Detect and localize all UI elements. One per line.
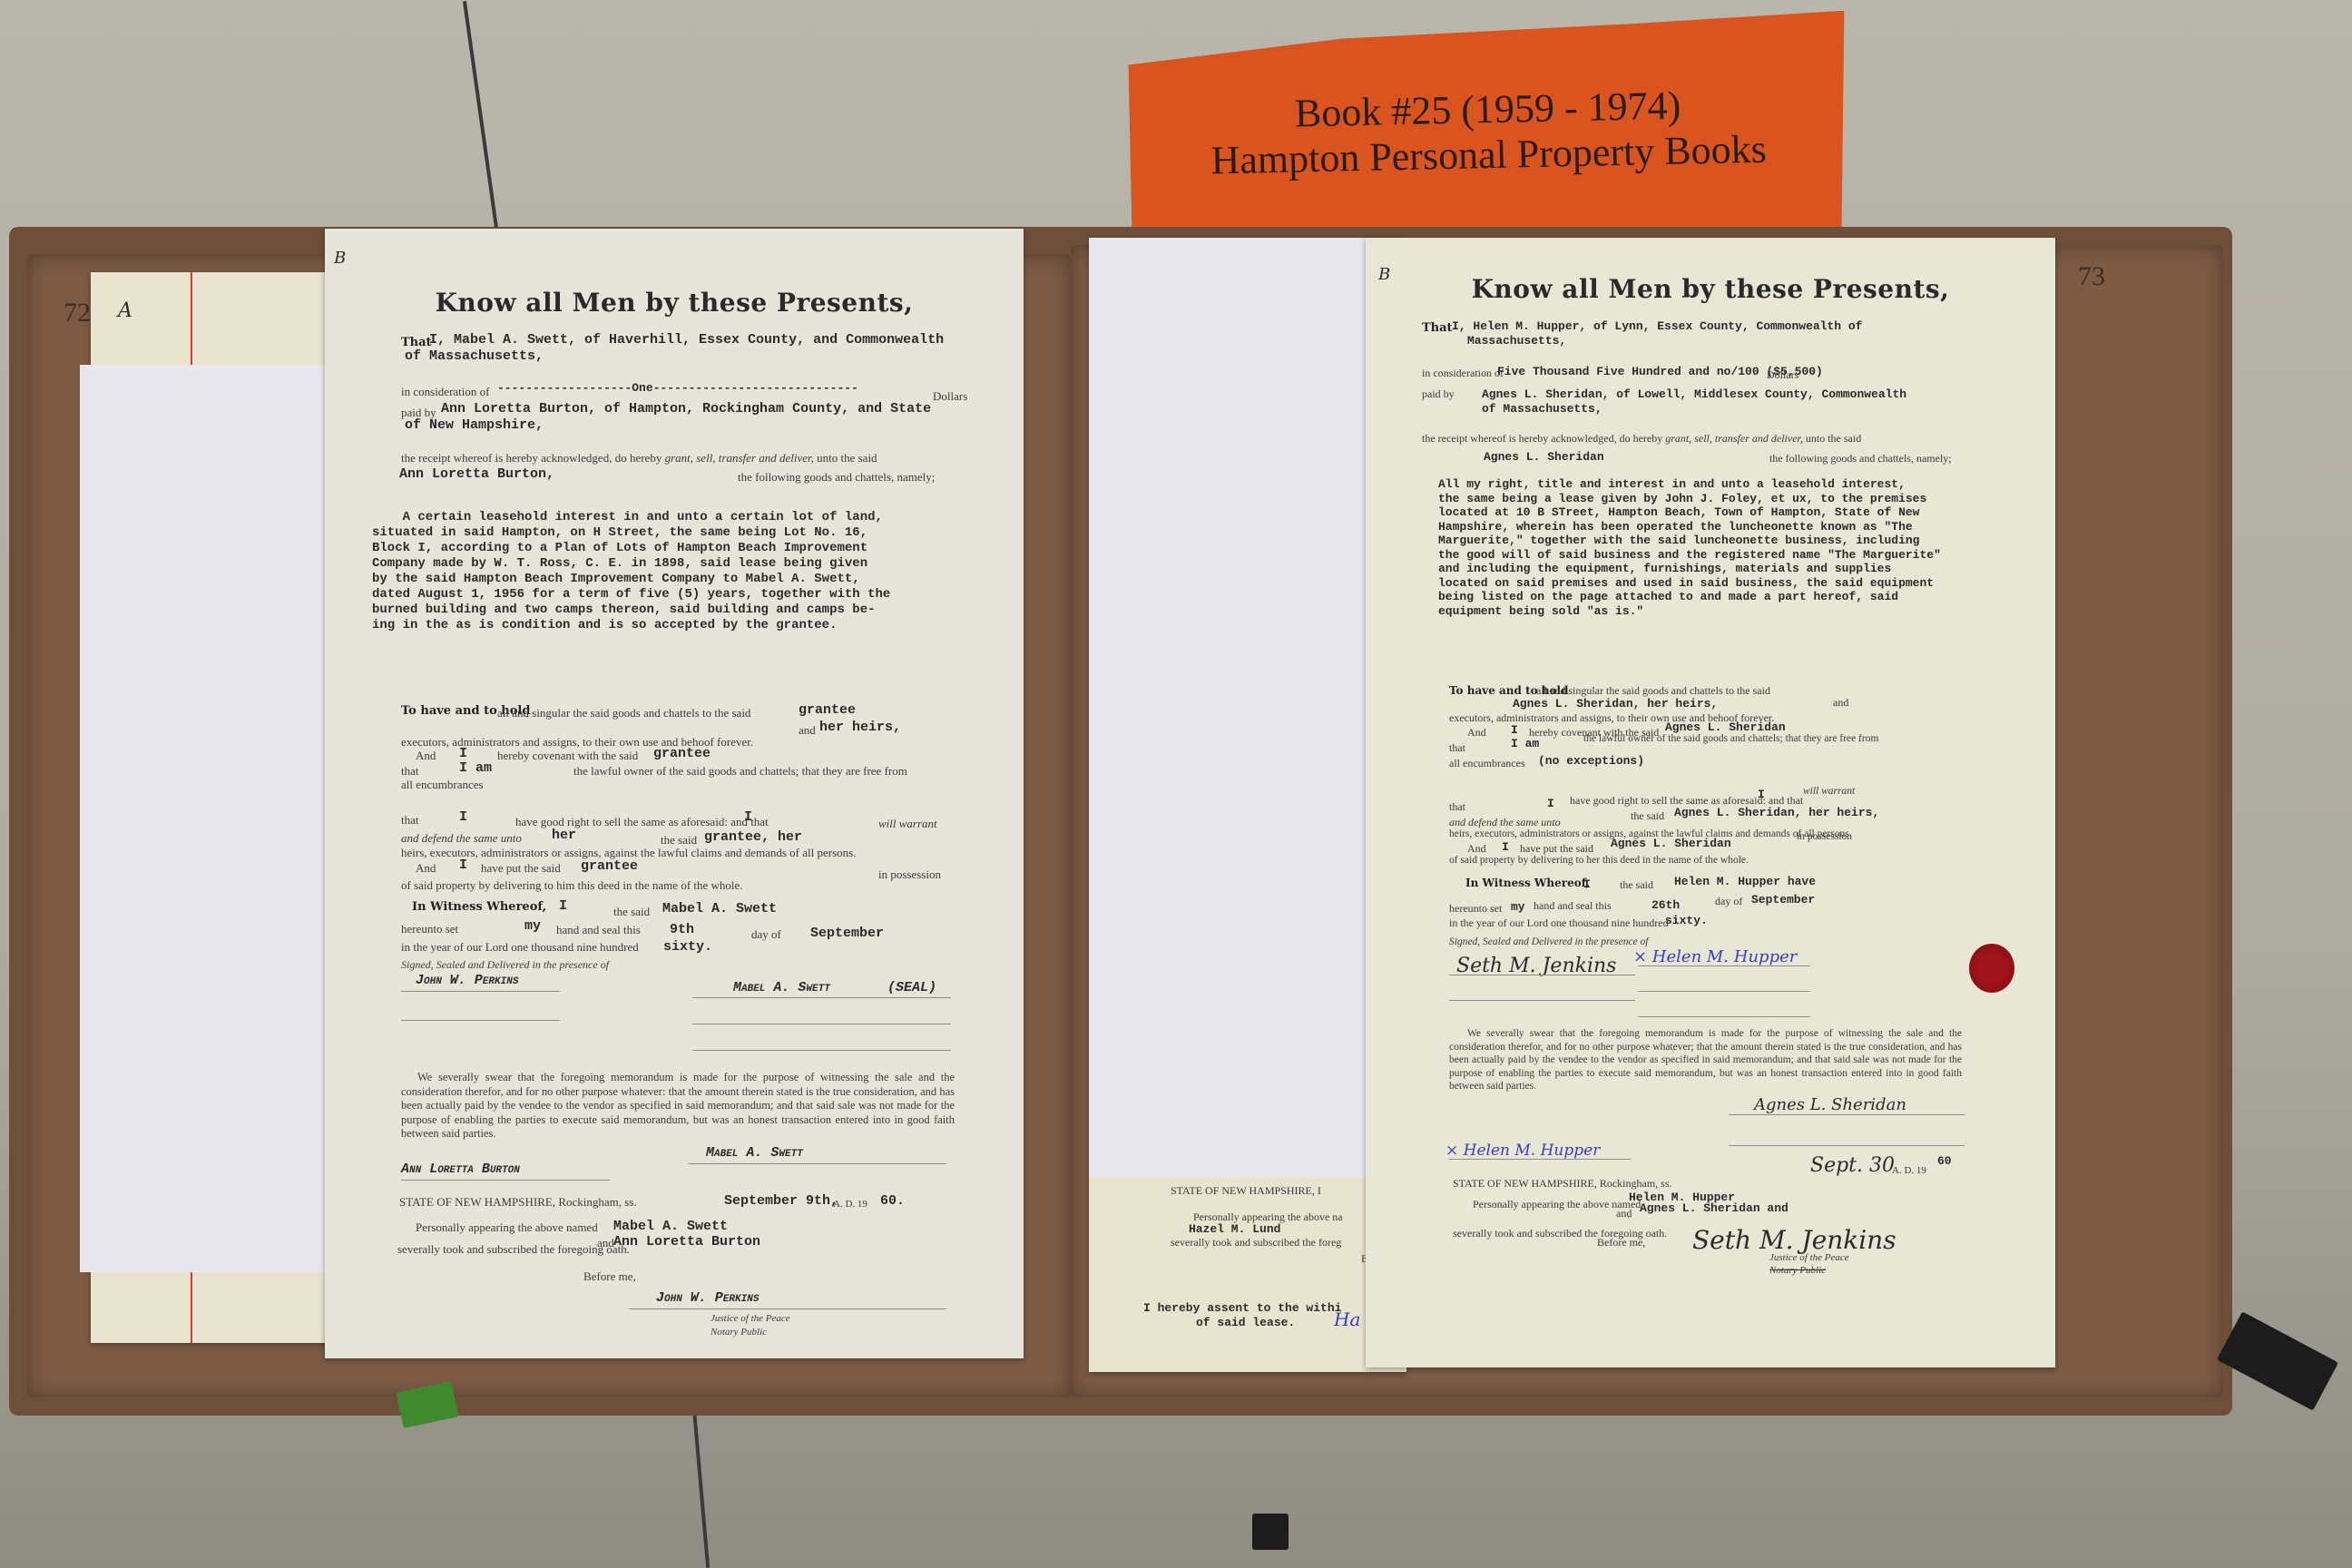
put-i: I: [1502, 840, 1509, 854]
page-number-right: 73: [2078, 261, 2105, 292]
defend-party: her: [552, 828, 576, 843]
underlay-signature: Ha: [1334, 1308, 1360, 1330]
covenant-party: grantee: [653, 746, 710, 761]
jurat-date: September 9th,: [724, 1193, 838, 1209]
receipt-text: the receipt whereof is hereby acknowledg…: [401, 451, 877, 465]
goods-label: the following goods and chattels, namely…: [738, 470, 935, 485]
jurat-date: Sept. 30: [1810, 1154, 1895, 1177]
notary-signature: Seth M. Jenkins: [1692, 1225, 1896, 1255]
signature-line: [688, 1163, 946, 1164]
paid-by-party: Ann Loretta Burton, of Hampton, Rockingh…: [441, 401, 931, 416]
year-text: in the year of our Lord one thousand nin…: [1449, 916, 1669, 930]
my-word: my: [524, 918, 541, 934]
oath-signature-grantor: Mabel A. Swett: [706, 1145, 803, 1161]
hereunto-label: hereunto set: [401, 922, 458, 936]
owner-text: the lawful owner of the said goods and c…: [1583, 733, 1878, 744]
defend-party: Agnes L. Sheridan, her heirs,: [1674, 806, 1879, 819]
signature-line: [1449, 1000, 1635, 1001]
signature-line: [1449, 975, 1635, 975]
grantee-name: Ann Loretta Burton,: [399, 466, 554, 482]
oath-signature-grantee: Agnes L. Sheridan: [1754, 1095, 1906, 1114]
my-word: my: [1511, 900, 1525, 914]
signature-line: [629, 1308, 946, 1309]
i-am: I am: [1511, 737, 1539, 750]
covenant-i: I: [1511, 723, 1518, 737]
oath-text: We severally swear that the foregoing me…: [401, 1071, 955, 1142]
witness-label: In Witness Whereof,: [412, 900, 546, 914]
wax-seal-icon: [1969, 944, 2014, 993]
goods-label: the following goods and chattels, namely…: [1769, 452, 1952, 465]
month-value: September: [1751, 893, 1815, 906]
i-am: I am: [459, 760, 492, 776]
heirs: Agnes L. Sheridan, her heirs,: [1513, 697, 1718, 710]
right-i-2: I: [744, 809, 752, 825]
grantor: I, Helen M. Hupper, of Lynn, Essex Count…: [1452, 319, 1862, 333]
receipt-text-italic: grant, sell, transfer and deliver,: [665, 451, 814, 465]
hereunto-label: hereunto set: [1449, 902, 1502, 916]
witness-name: Mabel A. Swett: [662, 901, 777, 916]
put-text: have put the said: [481, 861, 561, 876]
exceptions: (no exceptions): [1538, 754, 1644, 768]
state-label: STATE OF NEW HAMPSHIRE, Rockingham, ss.: [1453, 1177, 1672, 1191]
binder-clip-black-icon: [2217, 1311, 2338, 1410]
document-title: Know all Men by these Presents,: [325, 288, 1024, 318]
receipt-text-1: the receipt whereof is hereby acknowledg…: [1422, 432, 1662, 445]
witness-name: Helen M. Hupper have: [1674, 875, 1816, 888]
grantee-name: Agnes L. Sheridan: [1484, 450, 1604, 464]
put-i: I: [459, 857, 467, 873]
right-i: I: [459, 809, 467, 825]
underlay-assent-2: of said lease.: [1196, 1316, 1295, 1329]
jp-label: Justice of the Peace: [710, 1313, 790, 1324]
witness-said: the said: [613, 905, 650, 919]
put-party: Agnes L. Sheridan: [1611, 837, 1731, 850]
goods-description: All my right, title and interest in and …: [1438, 477, 1941, 618]
and-label: and: [799, 723, 816, 738]
right-that: that: [401, 813, 419, 828]
month-value: September: [810, 926, 884, 941]
receipt-text-2: unto the said: [1806, 432, 1861, 445]
encumbrances-label: all encumbrances: [401, 778, 484, 792]
warrant-text: will warrant: [878, 817, 937, 831]
appearing-and: and: [1616, 1207, 1632, 1220]
table-seam: [463, 1, 499, 235]
witness-i: I: [1583, 877, 1591, 891]
heirs: her heirs,: [819, 720, 901, 735]
grantor: I, Mabel A. Swett, of Haverhill, Essex C…: [429, 332, 944, 348]
warrant-text: will warrant: [1803, 786, 1855, 797]
grantor-line2: of Massachusetts,: [405, 348, 544, 364]
before-me: Before me,: [583, 1269, 636, 1284]
put-and: And: [1467, 842, 1486, 856]
seal-label: (SEAL): [887, 980, 936, 995]
state-label: STATE OF NEW HAMPSHIRE, Rockingham, ss.: [399, 1195, 637, 1210]
signature-line: [401, 1020, 560, 1021]
paid-by-label: paid by: [1422, 387, 1455, 401]
ad-year: 60: [1937, 1154, 1952, 1168]
jp-label: Justice of the Peace: [1769, 1252, 1849, 1263]
day-of-label: day of: [1715, 895, 1742, 908]
put-and: And: [416, 861, 436, 876]
paid-by-party: Agnes L. Sheridan, of Lowell, Middlesex …: [1482, 387, 1906, 401]
defend-text: and defend the same unto: [401, 831, 522, 846]
signature-line: [692, 1050, 951, 1051]
witness-label: In Witness Whereof,: [1465, 877, 1590, 889]
book-label: Book #25 (1959 - 1974) Hampton Personal …: [1128, 11, 1849, 243]
blank-insert-left: [80, 365, 334, 1272]
underlay-name: Hazel M. Lund: [1189, 1222, 1280, 1236]
appearing-label: Personally appearing the above named: [416, 1220, 598, 1235]
signature-line: [692, 1024, 951, 1024]
signature-line: [401, 991, 560, 992]
day-of-label: day of: [751, 927, 781, 942]
possession-label: in possession: [1797, 831, 1852, 842]
day-value: 9th: [670, 922, 694, 937]
bill-of-sale-right: B Know all Men by these Presents, That I…: [1366, 238, 2055, 1367]
signature-line: [1729, 1114, 1965, 1115]
year-value: sixty.: [663, 939, 712, 955]
receipt-text-2: unto the said: [817, 451, 877, 465]
to-have-text: all and singular the said goods and chat…: [497, 706, 750, 720]
day-value: 26th: [1651, 898, 1680, 912]
signature-line: [401, 1180, 610, 1181]
receipt-text-1: the receipt whereof is hereby acknowledg…: [401, 451, 661, 465]
the-said: the said: [1631, 809, 1664, 823]
hand-seal-label: hand and seal this: [1534, 899, 1612, 913]
delivering-text: of said property by delivering to him th…: [401, 878, 743, 893]
dollars-label: Dollars: [933, 389, 967, 404]
covenant-and: And: [1467, 726, 1486, 740]
grantor-line2: Massachusetts,: [1467, 334, 1566, 348]
appearing-name-2: Agnes L. Sheridan and: [1640, 1201, 1788, 1215]
right-i-2: I: [1758, 788, 1765, 801]
oath-text: We severally swear that the foregoing me…: [1449, 1027, 1962, 1093]
signature-line: [692, 997, 951, 998]
covenant-text: hereby covenant with the said: [497, 749, 638, 763]
signature-line: [1729, 1145, 1965, 1146]
consideration-label: in consideration of: [1422, 367, 1504, 380]
signature-line: [1449, 1159, 1631, 1160]
defend-party-2: grantee, her: [704, 829, 802, 845]
grantor-signature: × Helen M. Hupper: [1633, 947, 1797, 966]
annotation-b-left: B: [334, 249, 346, 268]
encumbrances-label: all encumbrances: [1449, 757, 1525, 770]
grantor-signature: Mabel A. Swett: [733, 980, 830, 995]
year-value: sixty.: [1665, 914, 1708, 927]
possession-label: in possession: [878, 867, 941, 882]
oath-signature-grantor: × Helen M. Hupper: [1445, 1142, 1600, 1160]
covenant-i: I: [459, 746, 467, 761]
and-label: and: [1833, 696, 1848, 710]
year-text: in the year of our Lord one thousand nin…: [401, 940, 639, 955]
covenant-party: Agnes L. Sheridan: [1665, 720, 1786, 734]
underlay-assent-1: I hereby assent to the withi: [1143, 1301, 1341, 1315]
annotation-a: A: [118, 299, 132, 322]
paid-by-line2: of Massachusetts,: [1482, 402, 1602, 416]
underlay-state: STATE OF NEW HAMPSHIRE, I: [1171, 1184, 1321, 1198]
consideration-value: -------------------One------------------…: [497, 381, 858, 395]
to-have-party: grantee: [799, 702, 856, 718]
signature-line: [1638, 991, 1810, 992]
delivering-text: of said property by delivering to her th…: [1449, 855, 1749, 866]
ad-label: A. D. 19: [1892, 1165, 1926, 1176]
witness-signature: John W. Perkins: [416, 973, 518, 988]
ad-label: A. D. 19: [833, 1199, 867, 1210]
signed-label: Signed, Sealed and Delivered in the pres…: [401, 958, 609, 972]
that-label-2: that: [401, 764, 419, 779]
owner-text: the lawful owner of the said goods and c…: [573, 764, 907, 779]
document-title: Know all Men by these Presents,: [1366, 274, 2055, 304]
covenant-and: And: [416, 749, 436, 763]
np-label: Notary Public: [710, 1327, 767, 1338]
put-text: have put the said: [1520, 842, 1593, 856]
np-label: Notary Public: [1769, 1265, 1826, 1276]
that-label: That: [401, 336, 432, 349]
hand-seal-label: hand and seal this: [556, 923, 641, 937]
page-number-left: 72: [64, 298, 91, 328]
appearing-name-2: Ann Loretta Burton: [613, 1234, 760, 1249]
witness-i: I: [559, 898, 567, 914]
that-label-2: that: [1449, 741, 1465, 755]
notary-signature: John W. Perkins: [656, 1290, 759, 1306]
table-seam: [691, 1397, 710, 1568]
consideration-label: in consideration of: [401, 385, 489, 399]
signature-line: [1638, 1016, 1810, 1017]
blank-insert-right: [1089, 238, 1377, 1177]
bill-of-sale-left: B Know all Men by these Presents, That I…: [325, 229, 1024, 1358]
witness-said: the said: [1620, 878, 1653, 892]
signature-line: [1638, 965, 1810, 966]
underlay-subscribed: severally took and subscribed the foreg: [1171, 1236, 1341, 1249]
put-party: grantee: [581, 858, 638, 874]
defend-text: and defend the same unto: [1449, 816, 1561, 829]
before-me: Before me,: [1597, 1236, 1645, 1249]
signed-label: Signed, Sealed and Delivered in the pres…: [1449, 936, 1649, 947]
right-i: I: [1547, 797, 1554, 810]
appearing-name-1: Mabel A. Swett: [613, 1219, 728, 1234]
subscribed-text: severally took and subscribed the forego…: [397, 1242, 630, 1257]
goods-description: A certain leasehold interest in and unto…: [372, 510, 890, 633]
paid-by-line2: of New Hampshire,: [405, 417, 544, 433]
receipt-text-italic: grant, sell, transfer and deliver,: [1665, 432, 1803, 445]
right-that: that: [1449, 800, 1465, 814]
dollars-label: Dollars: [1767, 368, 1798, 382]
to-have-text: all and singular the said goods and chat…: [1536, 684, 1770, 698]
binder-clip-black-icon: [1252, 1514, 1289, 1550]
oath-signature-grantee: Ann Loretta Burton: [401, 1161, 520, 1177]
ad-year: 60.: [880, 1193, 905, 1209]
receipt-text: the receipt whereof is hereby acknowledg…: [1422, 432, 1861, 446]
that-label: That: [1422, 321, 1453, 335]
